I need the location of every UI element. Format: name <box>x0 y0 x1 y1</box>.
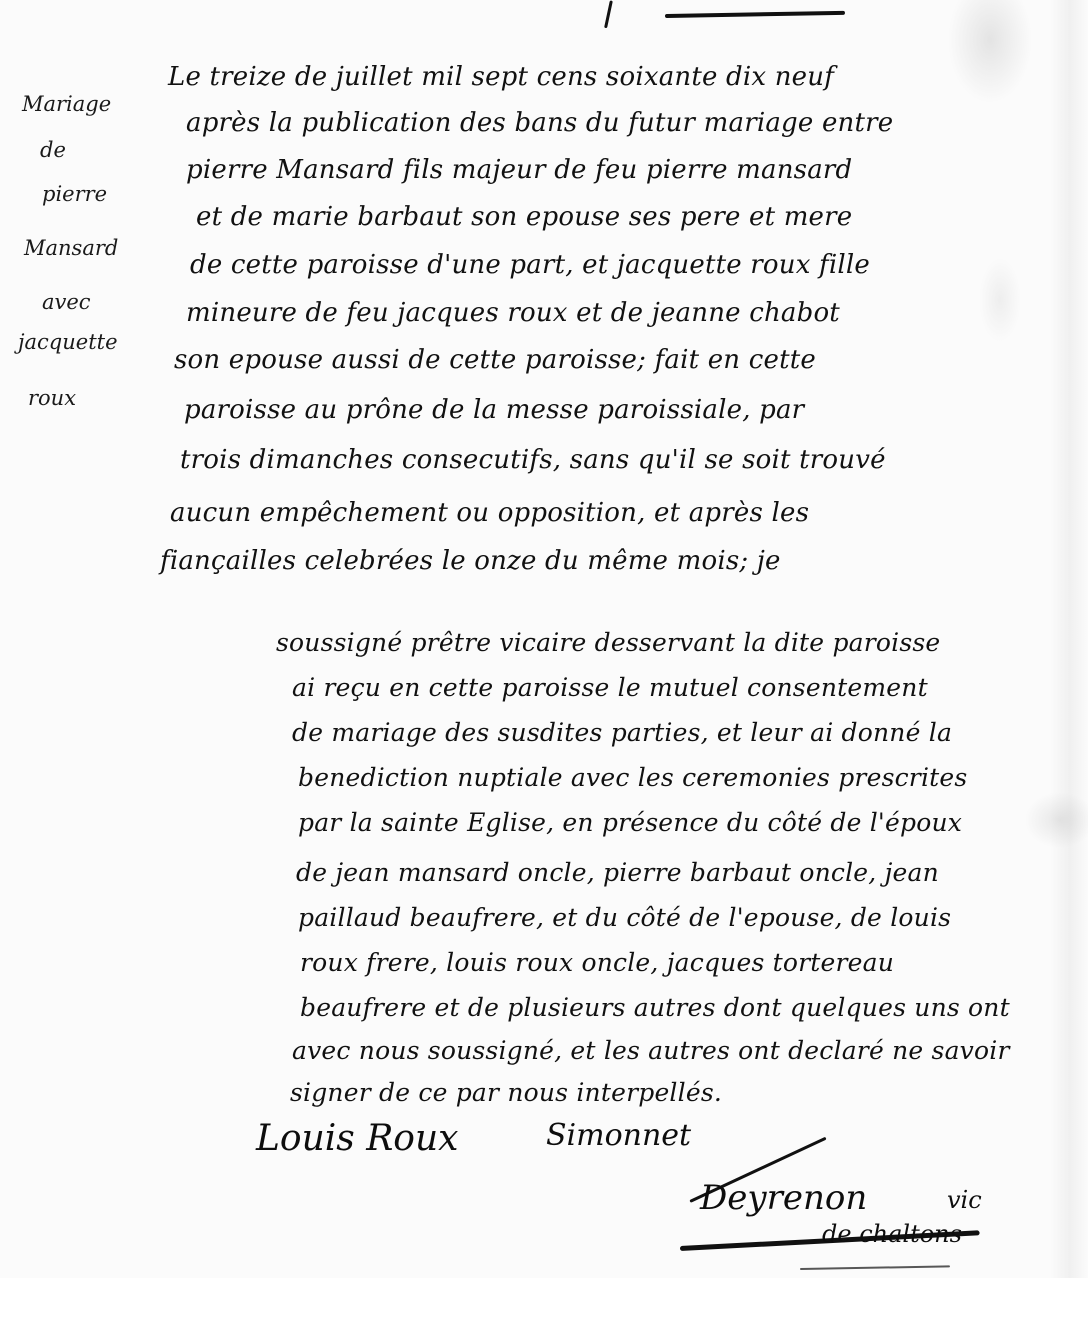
record-line: ai reçu en cette paroisse le mutuel cons… <box>292 673 928 702</box>
margin-note-line: jacquette <box>18 330 118 354</box>
record-line: roux frere, louis roux oncle, jacques to… <box>300 948 894 977</box>
margin-note-line: avec <box>42 290 91 314</box>
signature-louis-roux: Louis Roux <box>256 1118 458 1159</box>
record-line: aucun empêchement ou opposition, et aprè… <box>170 498 809 528</box>
signature-officiant-place: de chaltons <box>822 1220 962 1248</box>
record-line: fiançailles celebrées le onze du même mo… <box>160 546 781 576</box>
record-line: après la publication des bans du futur m… <box>186 108 893 138</box>
record-line: de jean mansard oncle, pierre barbaut on… <box>296 858 939 887</box>
record-line: mineure de feu jacques roux et de jeanne… <box>186 298 840 328</box>
document-scan: Mariage de pierre Mansard avec jacquette… <box>0 0 1088 1278</box>
record-line: paillaud beaufrere, et du côté de l'epou… <box>298 903 951 932</box>
record-line: trois dimanches consecutifs, sans qu'il … <box>180 445 886 475</box>
record-line: par la sainte Eglise, en présence du côt… <box>298 808 962 837</box>
record-line: avec nous soussigné, et les autres ont d… <box>292 1036 1010 1065</box>
margin-note-line: roux <box>28 386 76 410</box>
margin-note-line: de <box>40 138 66 162</box>
record-line: benediction nuptiale avec les ceremonies… <box>298 763 967 792</box>
margin-note-line: pierre <box>42 182 107 206</box>
record-line: signer de ce par nous interpellés. <box>290 1078 722 1107</box>
record-line: paroisse au prône de la messe paroissial… <box>184 395 804 425</box>
signature-officiant-title: vic <box>947 1186 982 1214</box>
record-line: de cette paroisse d'une part, et jacquet… <box>190 250 870 280</box>
margin-note-line: Mariage <box>22 92 111 116</box>
signature-officiant-name: Deyrenon <box>700 1178 867 1218</box>
record-line: son epouse aussi de cette paroisse; fait… <box>174 345 816 375</box>
record-line: beaufrere et de plusieurs autres dont qu… <box>300 993 1010 1022</box>
record-line: pierre Mansard fils majeur de feu pierre… <box>186 155 852 185</box>
signature-simonnet: Simonnet <box>546 1118 691 1153</box>
signature-underline-2 <box>800 1265 950 1270</box>
previous-entry-stroke <box>604 0 613 28</box>
record-line: soussigné prêtre vicaire desservant la d… <box>276 628 940 657</box>
record-line: et de marie barbaut son epouse ses pere … <box>196 202 852 232</box>
record-line: de mariage des susdites parties, et leur… <box>292 718 952 747</box>
record-line: Le treize de juillet mil sept cens soixa… <box>168 62 834 92</box>
previous-entry-flourish <box>665 11 845 18</box>
margin-note-line: Mansard <box>24 236 118 260</box>
